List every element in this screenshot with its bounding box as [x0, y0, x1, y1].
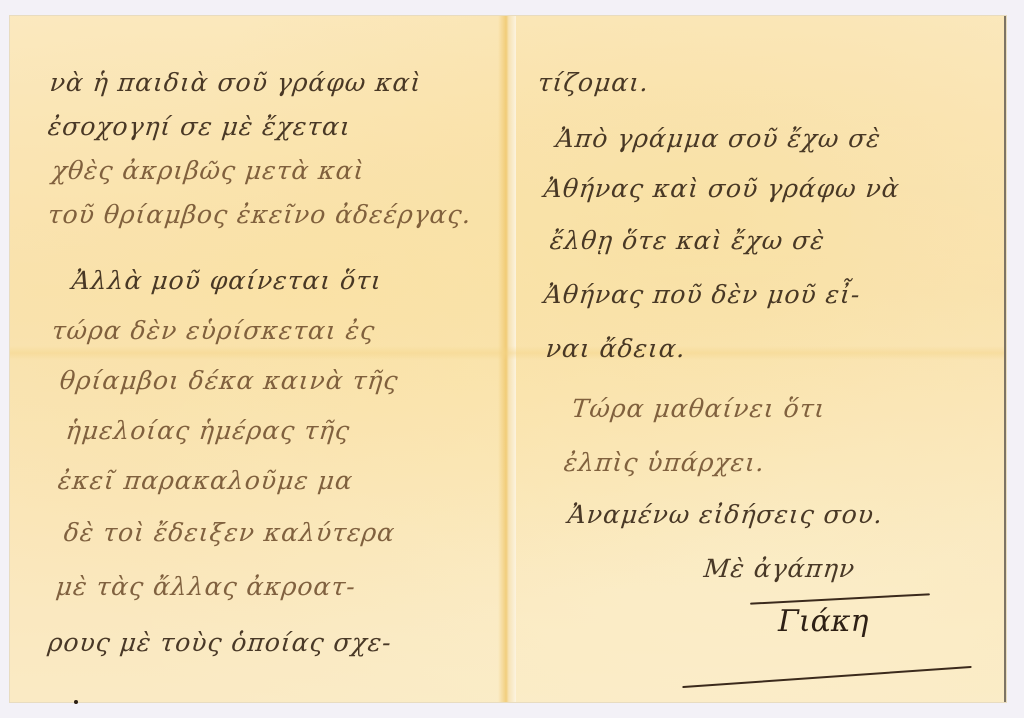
letter-paper: νὰ ἡ παιδιὰ σοῦ γράφω καὶ ἐσοχογηί σε μὲ… [10, 16, 1006, 702]
handwritten-line: τώρα δὲν εὑρίσκεται ἐς [50, 316, 376, 345]
signature: Γιάκη [778, 604, 868, 639]
handwritten-line: χθὲς ἀκριβῶς μετὰ καὶ [50, 156, 366, 185]
handwritten-line: ἡμελοίας ἡμέρας τῆς [64, 416, 351, 445]
handwritten-line: τοῦ θρίαμβος ἐκεῖνο ἀδεέργας. [46, 200, 473, 229]
handwritten-line: Ἀπὸ γράμμα σοῦ ἔχω σὲ [554, 124, 882, 153]
handwritten-line: Ἀναμένω εἰδήσεις σου. [566, 500, 884, 529]
handwritten-line: ἐλπὶς ὑπάρχει. [562, 448, 766, 477]
handwritten-line: τίζομαι. [536, 68, 650, 97]
handwritten-line: ἐκεῖ παρακαλοῦμε μα [56, 466, 354, 495]
handwritten-line: ἐσοχογηί σε μὲ ἔχεται [46, 112, 352, 141]
handwritten-line: ἔλθῃ ὅτε καὶ ἔχω σὲ [548, 226, 826, 255]
handwritten-line: νὰ ἡ παιδιὰ σοῦ γράφω καὶ [48, 68, 423, 97]
closing-line: Μὲ ἀγάπην [702, 554, 856, 583]
signature-underline [682, 666, 971, 688]
handwritten-line: Τώρα μαθαίνει ὅτι [570, 394, 827, 423]
handwritten-line: Ἀθήνας καὶ σοῦ γράφω νὰ [542, 174, 901, 203]
handwritten-line: Ἀθήνας ποῦ δὲν μοῦ εἶ- [542, 280, 862, 309]
handwritten-line: δὲ τοὶ ἔδειξεν καλύτερα [62, 518, 396, 547]
left-page: νὰ ἡ παιδιὰ σοῦ γράφω καὶ ἐσοχογηί σε μὲ… [10, 16, 500, 702]
handwritten-line: ρους μὲ τοὺς ὁποίας σχε- [46, 628, 393, 657]
handwritten-line: Ἀλλὰ μοῦ φαίνεται ὅτι [70, 266, 383, 295]
handwritten-line: μὲ τὰς ἄλλας ἀκροατ- [54, 572, 357, 601]
handwritten-line: ναι ἄδεια. [544, 334, 687, 363]
right-page: τίζομαι. Ἀπὸ γράμμα σοῦ ἔχω σὲ Ἀθήνας κα… [516, 16, 1006, 702]
signature-flourish-top [750, 593, 930, 604]
ink-dot [74, 700, 78, 704]
handwritten-line: θρίαμβοι δέκα καινὰ τῆς [58, 366, 400, 395]
